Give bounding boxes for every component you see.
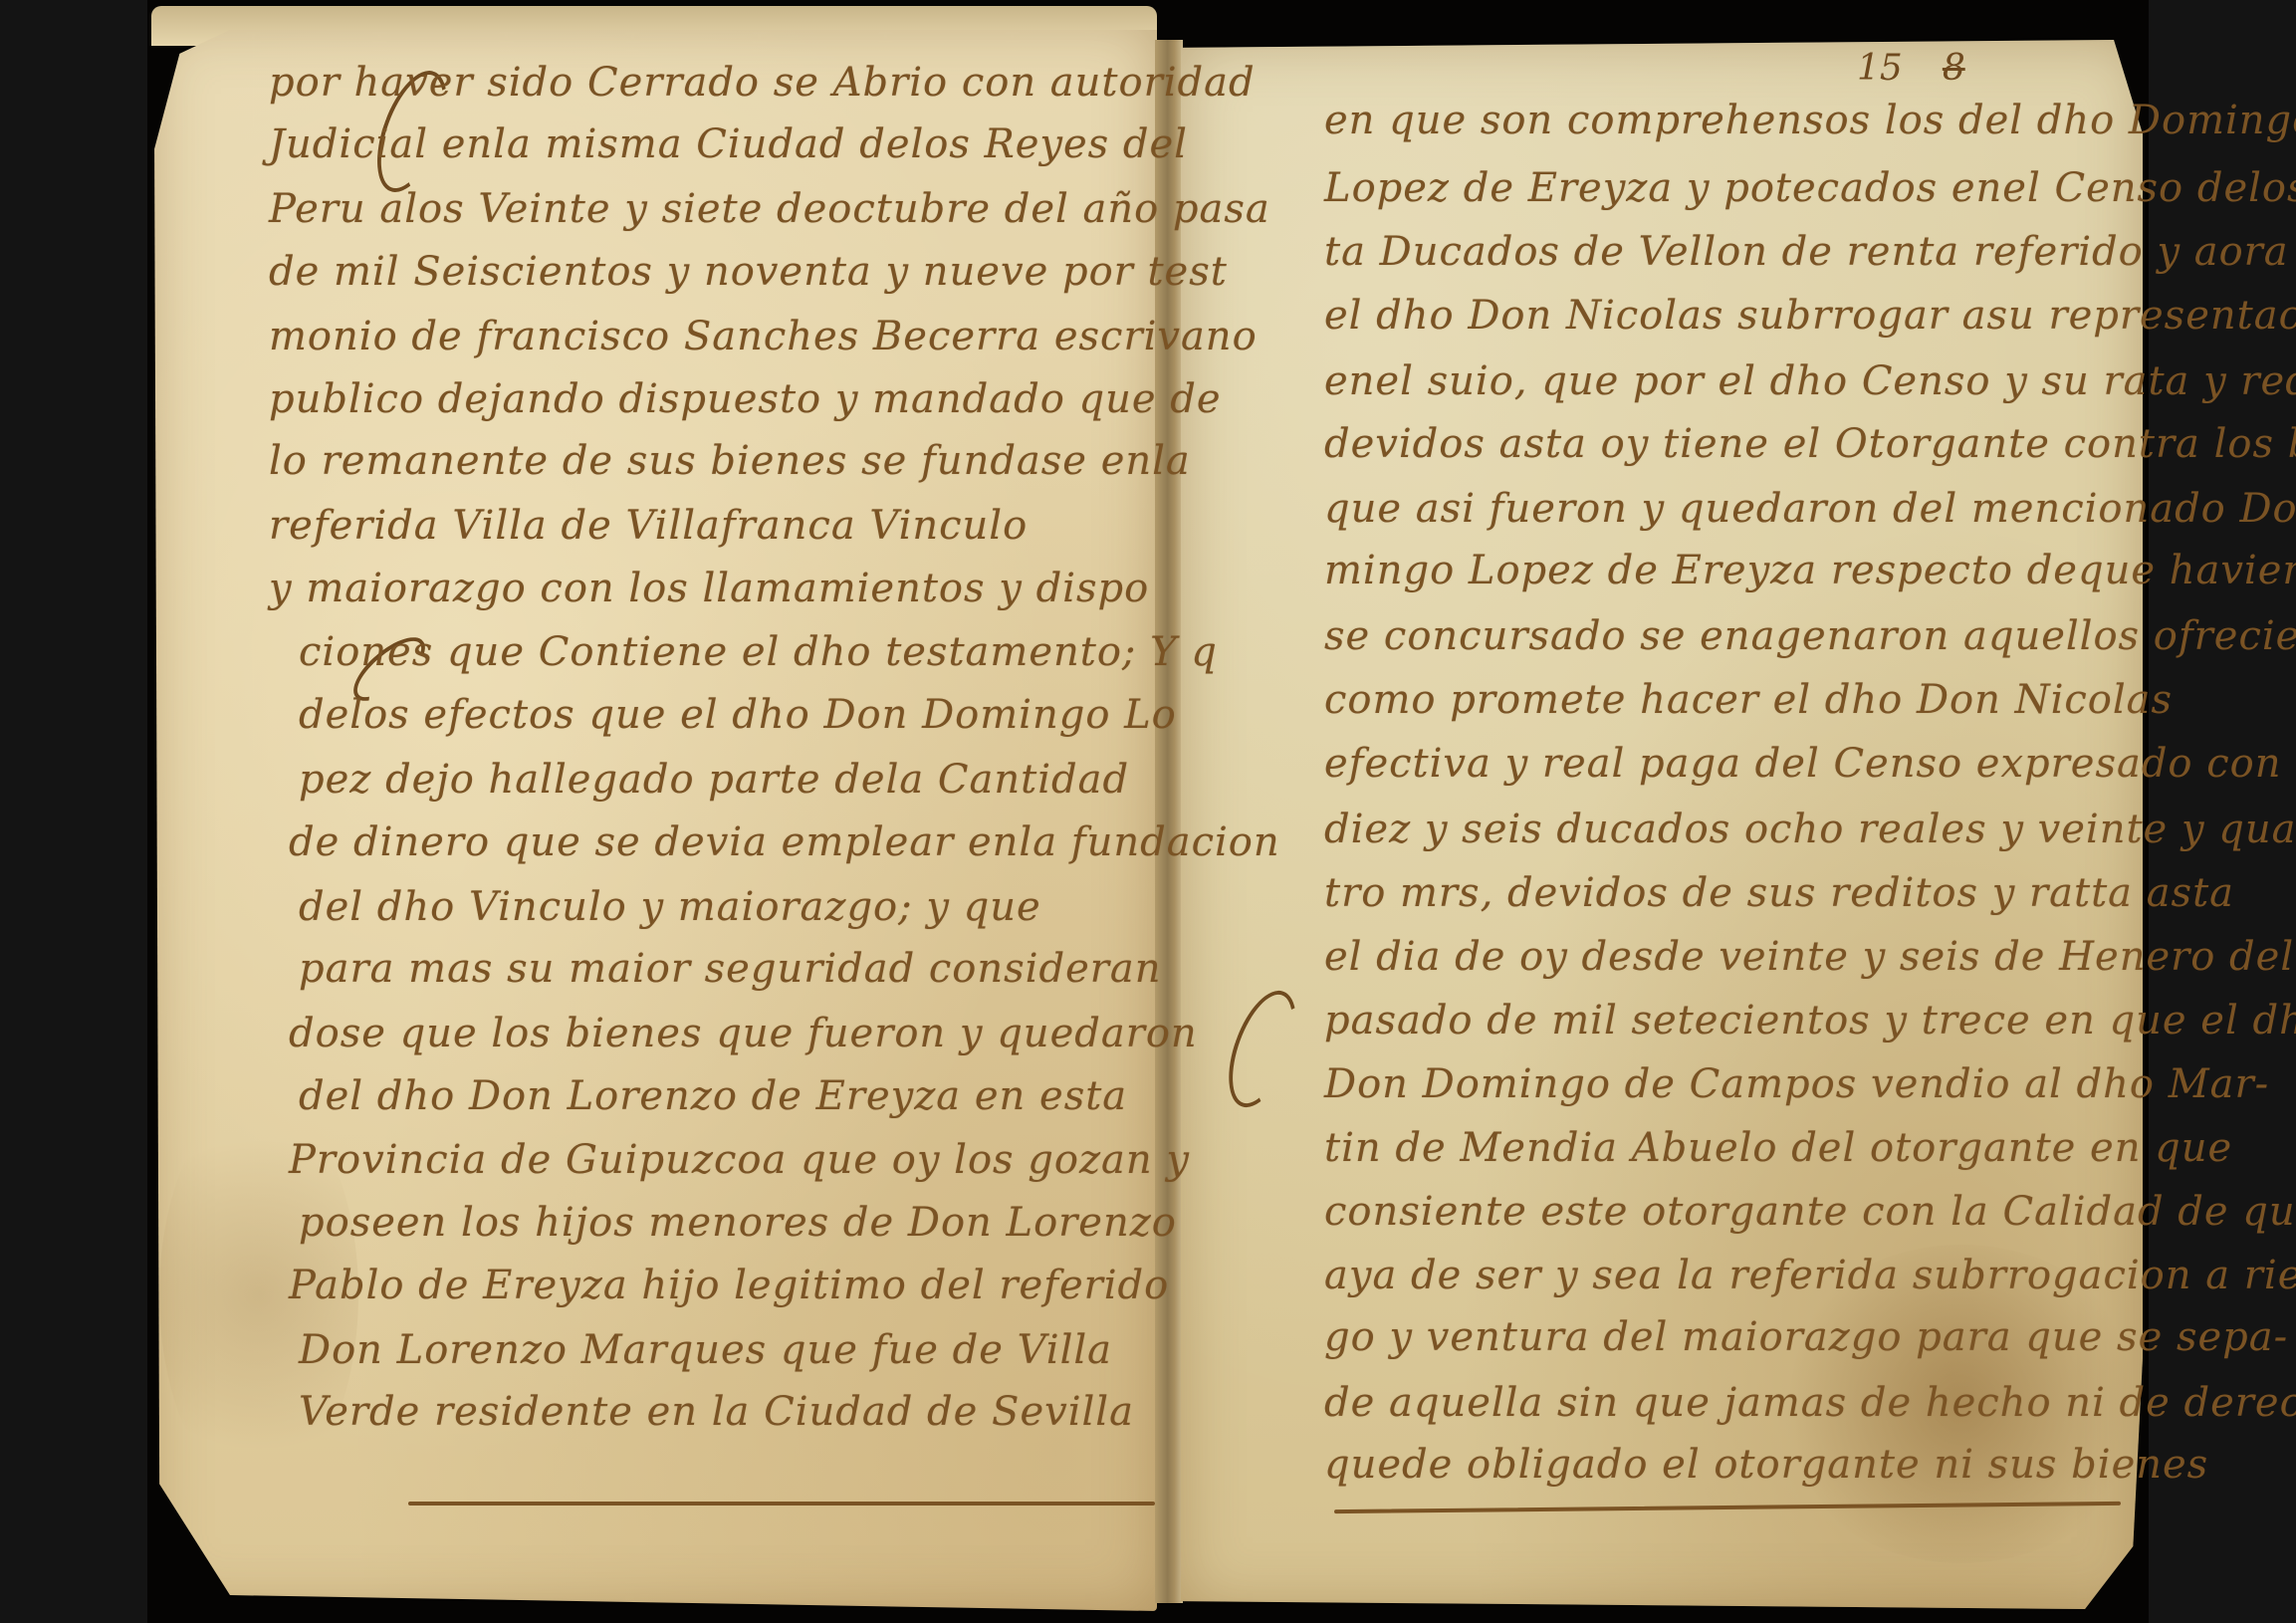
manuscript-line: del dho Don Lorenzo de Ereyza en esta xyxy=(299,1073,1127,1119)
manuscript-line: pez dejo hallegado parte dela Cantidad xyxy=(299,757,1129,803)
manuscript-line: ciones que Contiene el dho testamento; Y… xyxy=(299,629,1218,675)
manuscript-line: tro mrs, devidos de sus reditos y ratta … xyxy=(1324,870,2234,916)
manuscript-line: en que son comprehensos los del dho Domi… xyxy=(1324,98,2296,143)
manuscript-line: el dia de oy desde veinte y seis de Hene… xyxy=(1324,934,2296,980)
manuscript-line: poseen los hijos menores de Don Lorenzo xyxy=(299,1200,1177,1246)
manuscript-line: diez y seis ducados ocho reales y veinte… xyxy=(1324,807,2296,852)
manuscript-line: ta Ducados de Vellon de renta referido y… xyxy=(1324,229,2296,275)
closing-rule xyxy=(408,1502,1155,1506)
manuscript-line: efectiva y real paga del Censo expresado… xyxy=(1324,741,2281,787)
manuscript-line: de dinero que se devia emplear enla fund… xyxy=(289,819,1280,865)
manuscript-line: del dho Vinculo y maiorazgo; y que xyxy=(299,884,1041,930)
manuscript-line: Lopez de Ereyza y potecados enel Censo d… xyxy=(1324,165,2296,211)
manuscript-line: go y ventura del maiorazgo para que se s… xyxy=(1324,1314,2288,1360)
manuscript-line: de aquella sin que jamas de hecho ni de … xyxy=(1324,1380,2296,1426)
manuscript-line: Verde residente en la Ciudad de Sevilla xyxy=(299,1389,1134,1435)
manuscript-line: para mas su maior seguridad consideran xyxy=(299,946,1161,992)
manuscript-line: de mil Seiscientos y noventa y nueve por… xyxy=(269,249,1228,295)
manuscript-line: Judicial enla misma Ciudad delos Reyes d… xyxy=(269,121,1188,167)
manuscript-line: monio de francisco Sanches Becerra escri… xyxy=(269,314,1258,359)
manuscript-line: delos efectos que el dho Don Domingo Lo xyxy=(299,692,1177,738)
manuscript-line: dose que los bienes que fueron y quedaro… xyxy=(289,1011,1198,1056)
folio-number-text: 15 xyxy=(1857,48,1903,89)
manuscript-line: por haver sido Cerrado se Abrio con auto… xyxy=(269,60,1256,106)
manuscript-line: consiente este otorgante con la Calidad … xyxy=(1324,1189,2296,1235)
manuscript-line: pasado de mil setecientos y trece en que… xyxy=(1324,998,2296,1043)
manuscript-line: publico dejando dispuesto y mandado que … xyxy=(269,376,1222,422)
manuscript-line: devidos asta oy tiene el Otorgante contr… xyxy=(1324,421,2296,467)
manuscript-line: mingo Lopez de Ereyza respecto deque hav… xyxy=(1324,548,2296,593)
manuscript-line: enel suio, que por el dho Censo y su rat… xyxy=(1324,358,2296,404)
manuscript-line: que asi fueron y quedaron del mencionado… xyxy=(1324,486,2296,532)
folio-number: 158 xyxy=(1857,48,1965,89)
manuscript-line: Don Lorenzo Marques que fue de Villa xyxy=(299,1327,1112,1373)
manuscript-line: lo remanente de sus bienes se fundase en… xyxy=(269,438,1191,484)
manuscript-line: Peru alos Veinte y siete deoctubre del a… xyxy=(269,186,1270,232)
manuscript-line: como promete hacer el dho Don Nicolas xyxy=(1324,677,2173,723)
manuscript-line: Provincia de Guipuzcoa que oy los gozan … xyxy=(289,1137,1190,1183)
manuscript-line: se concursado se enagenaron aquellos ofr… xyxy=(1324,613,2296,659)
manuscript-line: Don Domingo de Campos vendio al dho Mar- xyxy=(1324,1061,2269,1107)
manuscript-line: quede obligado el otorgante ni sus biene… xyxy=(1324,1442,2208,1488)
folio-annotation: 8 xyxy=(1943,48,1965,89)
manuscript-line: aya de ser y sea la referida subrrogacio… xyxy=(1324,1253,2296,1298)
manuscript-line: el dho Don Nicolas subrrogar asu represe… xyxy=(1324,293,2296,339)
manuscript-line: referida Villa de Villafranca Vinculo xyxy=(269,503,1028,549)
manuscript-line: y maiorazgo con los llamamientos y dispo xyxy=(269,566,1149,611)
manuscript-line: tin de Mendia Abuelo del otorgante en qu… xyxy=(1324,1125,2232,1171)
manuscript-line: Pablo de Ereyza hijo legitimo del referi… xyxy=(289,1263,1169,1308)
